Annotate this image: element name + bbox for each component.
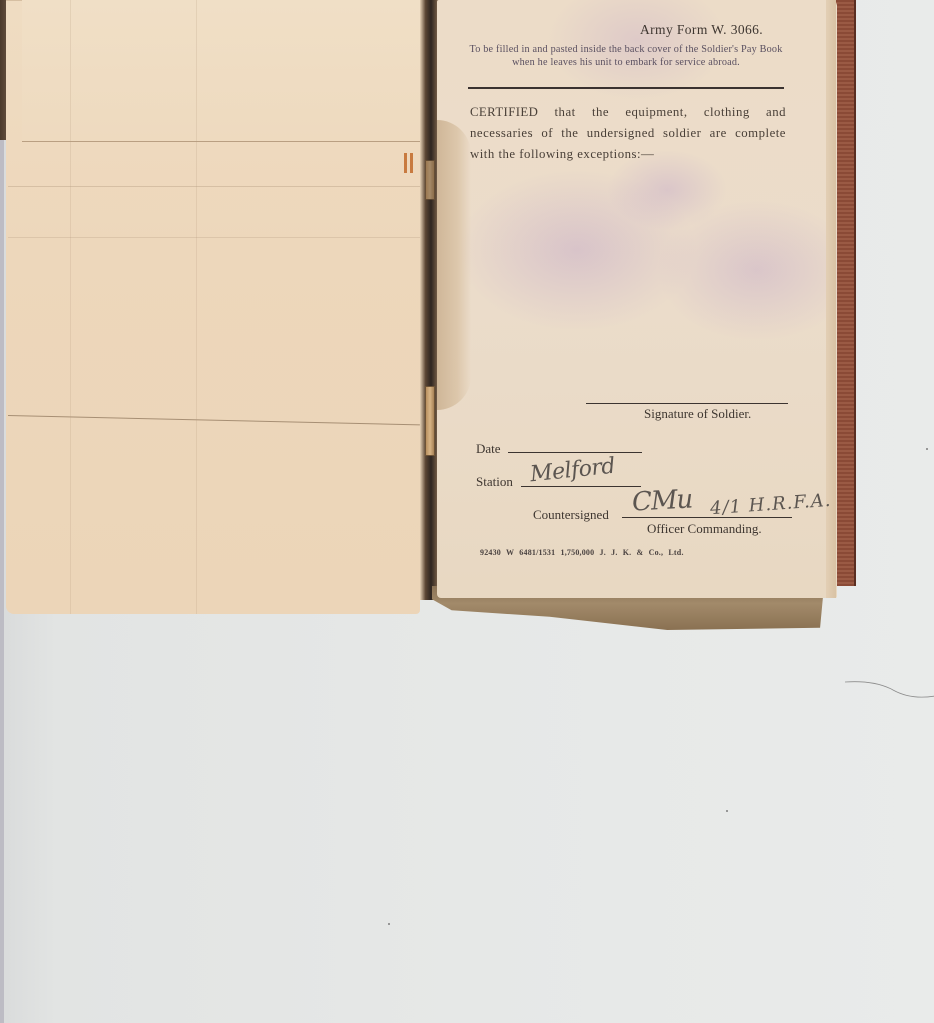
stray-fibre xyxy=(845,676,934,706)
header-rule xyxy=(468,87,784,89)
station-label: Station xyxy=(476,474,513,490)
officer-commanding-label: Officer Commanding. xyxy=(647,521,762,537)
countersigned-label: Countersigned xyxy=(533,507,609,523)
cloth-cover-edge xyxy=(836,0,856,586)
scan-speck xyxy=(726,810,728,812)
rust-mark xyxy=(404,153,414,173)
form-number: Army Form W. 3066. xyxy=(640,22,763,38)
binding-stitch xyxy=(425,386,435,456)
date-label: Date xyxy=(476,441,501,457)
certified-lead-word: CERTIFIED xyxy=(470,105,538,119)
certification-statement: CERTIFIED that the equipment, clothing a… xyxy=(470,102,786,165)
fold-crease xyxy=(70,0,71,614)
soldier-signature-label: Signature of Soldier. xyxy=(644,406,751,422)
countersignature-initials: CMu xyxy=(631,484,693,517)
form-instruction: To be filled in and pasted inside the ba… xyxy=(468,44,784,69)
date-field-line[interactable] xyxy=(508,452,642,453)
binding-stitch xyxy=(425,160,435,200)
scanner-edge-shadow xyxy=(0,0,4,1023)
scan-speck xyxy=(388,923,390,925)
soldier-signature-line[interactable] xyxy=(586,403,788,404)
countersigned-field-line[interactable] xyxy=(622,517,792,518)
water-stain xyxy=(437,120,471,410)
left-endpaper-folded-flap xyxy=(22,0,420,142)
fold-crease xyxy=(196,0,197,614)
scan-speck xyxy=(926,448,928,450)
printer-imprint: 92430 W 6481/1531 1,750,000 J. J. K. & C… xyxy=(480,548,684,557)
